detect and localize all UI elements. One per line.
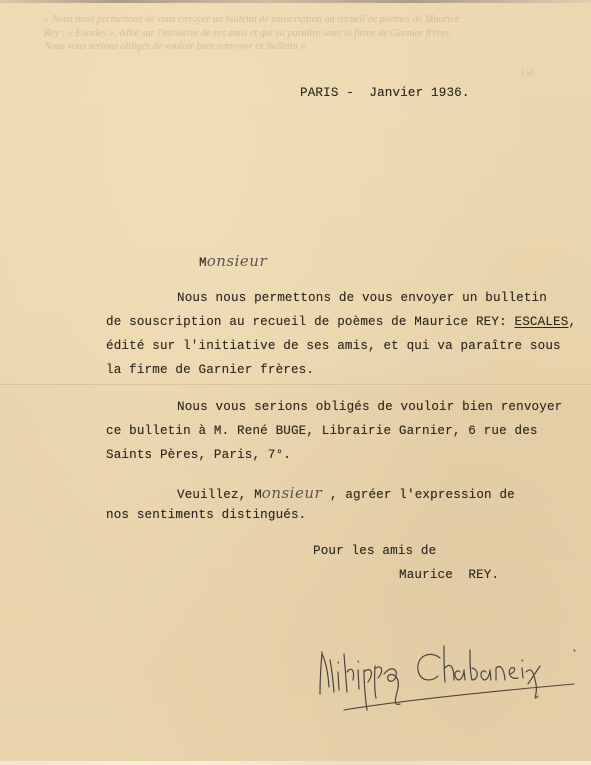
bleed-line: Nous vous serions obligés de vouloir bie… xyxy=(44,40,529,54)
paper-bottom-edge xyxy=(0,761,591,765)
paper-top-edge xyxy=(0,0,591,3)
handwritten-signature xyxy=(312,632,591,722)
bleed-through-text: « Nous nous permettons de vous envoyer u… xyxy=(44,13,529,54)
salutation-typed-initial: M xyxy=(199,256,207,270)
paragraph-1-line-2: de souscription au recueil de poèmes de … xyxy=(106,315,576,329)
paragraph-3-line-1: Veuillez, Monsieur , agréer l'expression… xyxy=(177,484,515,502)
paragraph-2-line-1: Nous vous serions obligés de vouloir bie… xyxy=(177,400,562,414)
paragraph-1-line-1: Nous nous permettons de vous envoyer un … xyxy=(177,291,547,305)
bleed-line: « Nous nous permettons de vous envoyer u… xyxy=(44,13,529,27)
dateline: PARIS - Janvier 1936. xyxy=(300,86,470,100)
bleed-line: Rey : « Escales », édité sur l'initiativ… xyxy=(44,27,529,41)
closing-line-2: Maurice REY. xyxy=(399,568,499,582)
paper-fold-line xyxy=(0,384,591,386)
letter-page: « Nous nous permettons de vous envoyer u… xyxy=(0,0,591,765)
book-title: ESCALES xyxy=(515,315,569,329)
paragraph-2-line-2: ce bulletin à M. René BUGE, Librairie Ga… xyxy=(106,424,538,438)
closing-line-1: Pour les amis de xyxy=(313,544,436,558)
paragraph-3-after: , agréer l'expression de xyxy=(322,488,515,502)
paragraph-3-before: Veuillez, M xyxy=(177,488,262,502)
paragraph-2-line-3: Saints Pères, Paris, 7°. xyxy=(106,448,291,462)
bleed-through-number: 156 xyxy=(520,68,535,79)
paragraph-1-line-3: édité sur l'initiative de ses amis, et q… xyxy=(106,339,561,353)
paragraph-1-line-4: la firme de Garnier frères. xyxy=(106,363,314,377)
salutation: Monsieur xyxy=(199,252,267,270)
paragraph-3-handwritten: onsieur xyxy=(262,484,322,502)
salutation-handwritten: onsieur xyxy=(207,252,267,270)
paragraph-1-line-2-text: de souscription au recueil de poèmes de … xyxy=(106,315,515,329)
book-title-suffix: , xyxy=(568,315,576,329)
paragraph-3-line-2: nos sentiments distingués. xyxy=(106,508,306,522)
